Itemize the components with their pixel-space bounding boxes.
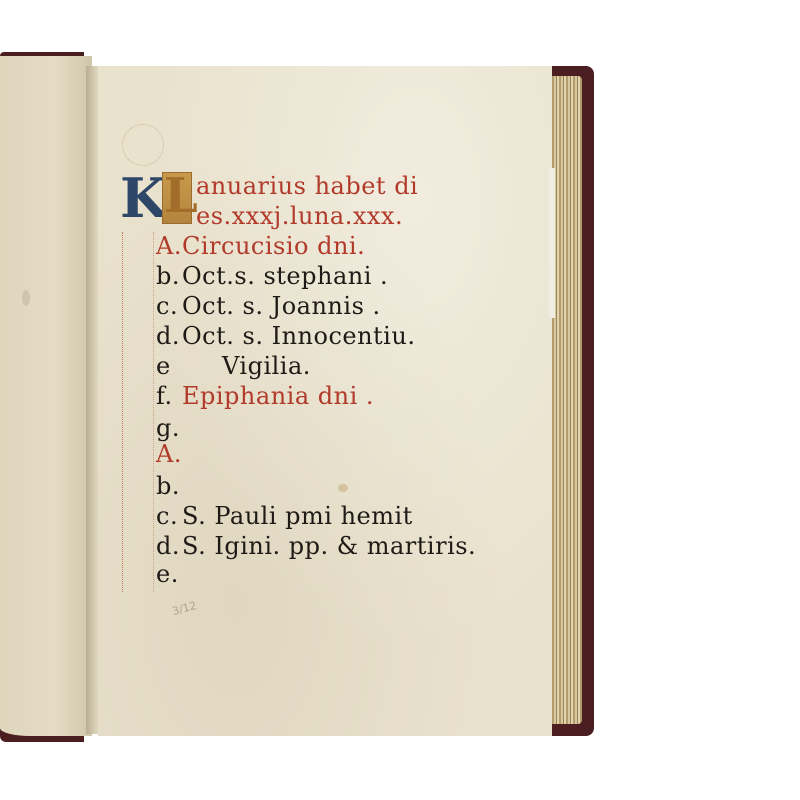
entry-text: S. Pauli pmi hemit	[182, 502, 413, 530]
heading-line-1: anuarius habet di	[196, 172, 418, 200]
calendar-entry: c.S. Pauli pmi hemit	[156, 502, 413, 530]
entry-text: S. Igini. pp. & martiris.	[182, 532, 476, 560]
dominical-letter: A.	[156, 232, 182, 260]
dominical-letter: b.	[156, 262, 182, 290]
dominical-letter: d.	[156, 532, 182, 560]
calendar-entry: b.	[156, 472, 182, 500]
calendar-entry: e.	[156, 560, 182, 588]
calendar-entry: eVigilia.	[156, 352, 311, 380]
heading-line-2: es.xxxj.luna.xxx.	[196, 202, 403, 230]
calendar-entry: d.S. Igini. pp. & martiris.	[156, 532, 476, 560]
dominical-letter: e.	[156, 560, 182, 588]
parchment-stain	[338, 484, 348, 492]
initial-l-letter: L	[164, 170, 198, 222]
dominical-letter: d.	[156, 322, 182, 350]
dominical-letter: e	[156, 352, 182, 380]
entry-text: Epiphania dni .	[182, 382, 374, 410]
parchment-stain	[22, 290, 30, 306]
calendar-entry: A.	[156, 440, 182, 468]
calendar-entry: d.Oct. s. Innocentiu.	[156, 322, 415, 350]
bookmark-tab	[549, 168, 555, 318]
dominical-letter: c.	[156, 292, 182, 320]
entry-text: Oct. s. Joannis .	[182, 292, 381, 320]
initial-k-letter: K	[120, 170, 167, 226]
dominical-letter: b.	[156, 472, 182, 500]
margin-pen-flourish	[122, 232, 154, 592]
dominical-letter: A.	[156, 440, 182, 468]
left-page	[0, 56, 92, 736]
top-pen-flourish	[122, 124, 164, 166]
entry-text: Oct. s. Innocentiu.	[182, 322, 415, 350]
dominical-letter: g.	[156, 414, 182, 442]
calendar-entry: g.	[156, 414, 182, 442]
calendar-entry: f.Epiphania dni .	[156, 382, 374, 410]
entry-text: Vigilia.	[222, 352, 311, 380]
entry-text: Oct.s. stephani .	[182, 262, 388, 290]
calendar-entry: c.Oct. s. Joannis .	[156, 292, 381, 320]
dominical-letter: f.	[156, 382, 182, 410]
page-stack-fore-edge	[552, 76, 582, 724]
calendar-entry: b.Oct.s. stephani .	[156, 262, 388, 290]
entry-text: Circucisio dni.	[182, 232, 365, 260]
dominical-letter: c.	[156, 502, 182, 530]
calendar-entry: A.Circucisio dni.	[156, 232, 365, 260]
